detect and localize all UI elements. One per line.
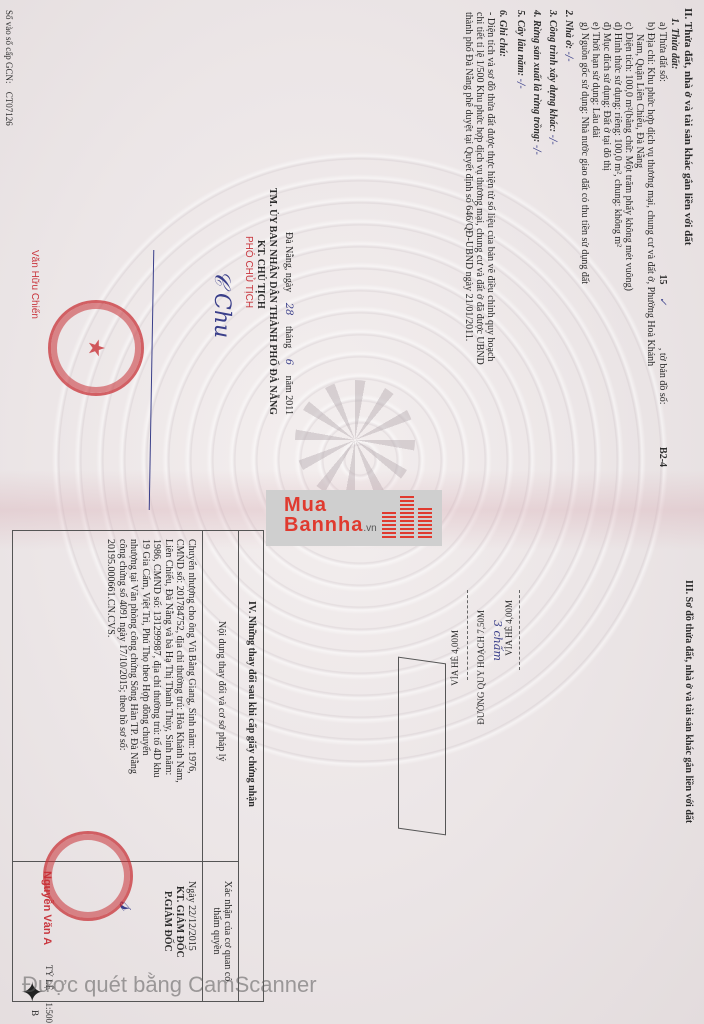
section3-title: III. Sơ đồ thửa đất, nhà ở và tài sản kh… xyxy=(683,580,694,823)
notes-label: 6. Ghi chú: xyxy=(497,10,508,57)
logo-word: Bannha xyxy=(284,514,363,536)
signature-org: TM. ỦY BAN NHÂN DÂN THÀNH PHỐ ĐÀ NẴNG xyxy=(267,188,278,415)
map-sheet-label: , tờ bản đồ số: xyxy=(657,348,668,405)
entry-line: CMND số: 201784752, địa chỉ thường trú: … xyxy=(174,539,186,783)
table-divider xyxy=(202,531,203,1001)
plot-number-label: a) Thửa đất số: xyxy=(657,22,668,82)
trees-label: 5. Cây lâu năm: xyxy=(515,10,526,76)
camscanner-watermark: Được quét bằng CamScanner xyxy=(22,972,317,998)
registry-row: Số vào sổ cấp GCN: CT07126 xyxy=(4,10,14,126)
notes-line2: chi tiết tỉ lệ 1/500 Khu phức hợp dịch v… xyxy=(474,12,485,365)
land-purpose: đ) Mục đích sử dụng: Đất ở tại đô thị xyxy=(601,22,612,171)
building-bars-icon xyxy=(382,496,434,540)
entry-line: nhượng tại Văn phòng công chứng Sông Hàn… xyxy=(128,539,140,783)
house-label: 2. Nhà ở: xyxy=(563,10,574,49)
registry-number: CT07126 xyxy=(4,92,14,126)
table-divider xyxy=(238,531,239,1001)
other-construction-label: 3. Công trình xây dựng khác: xyxy=(547,10,558,132)
trees-value: -/- xyxy=(515,79,526,89)
land-heading: 1. Thửa đất: xyxy=(669,18,680,69)
muabannha-logo: Mua Bannha.vn xyxy=(266,490,442,546)
road-label: ĐƯỜNG QUY HOẠCH 7,50M xyxy=(476,610,486,725)
land-address: b) Địa chỉ: Khu phức hợp dịch vụ thương … xyxy=(645,22,656,366)
city-stamp: ★ xyxy=(48,300,144,396)
house-value: -/- xyxy=(563,51,574,61)
sidewalk-top: VỈA HÈ 4,00M xyxy=(504,600,514,656)
confirm-role2: P.GIÁM ĐỐC xyxy=(162,891,173,952)
house-row: 2. Nhà ở: -/- xyxy=(563,10,574,62)
entry-line: 20195.000661.CN.CVS. xyxy=(105,539,117,783)
handwritten-initial: ✓ xyxy=(657,297,668,305)
changes-table: IV. Những thay đổi sau khi cấp giấy chứn… xyxy=(12,530,264,1002)
change-entry: Chuyển nhượng cho ông Vũ Bằng Giang, Sin… xyxy=(105,539,197,783)
date-year: năm 2011 xyxy=(283,376,294,415)
logo-line2: Bannha.vn xyxy=(284,514,377,537)
section2-title: II. Thửa đất, nhà ở và tài sản khác gắn … xyxy=(682,8,694,245)
col-header-confirm: Xác nhận của cơ quan có thẩm quyền xyxy=(211,876,233,986)
entry-line: Chuyển nhượng cho ông Vũ Bằng Giang, Sin… xyxy=(186,539,198,783)
forest-row: 4. Rừng sản xuất là rừng trồng: -/- xyxy=(531,10,542,155)
date-month-label: tháng xyxy=(283,326,294,348)
notes-line1: - Diện tích và sơ đồ thửa đất được thực … xyxy=(485,12,496,361)
north-label: B xyxy=(30,1010,40,1016)
land-term: e) Thời hạn sử dụng: Lâu dài xyxy=(590,22,601,138)
sidewalk-dash-bottom xyxy=(467,590,468,680)
ink-line xyxy=(149,250,155,510)
other-construction-value: -/- xyxy=(547,135,558,145)
entry-line: Liên Chiểu, Đà Nẵng và bà Hạ Thị Thanh T… xyxy=(163,539,175,783)
section4-title: IV. Những thay đổi sau khi cấp giấy chứn… xyxy=(246,601,257,807)
signature-role: KT. CHỦ TỊCH xyxy=(255,240,266,309)
land-area: c) Diện tích: 100,0 m²(bằng chữ: Một tră… xyxy=(623,22,634,291)
date-day: 28 xyxy=(283,303,294,316)
date-prefix: Đà Nẵng, ngày xyxy=(283,232,294,292)
confirm-date: Ngày 22/12/2015 xyxy=(186,881,197,951)
scale-value: 1:500 xyxy=(44,1003,54,1024)
logo-suffix: .vn xyxy=(363,523,376,534)
signature-date: Đà Nẵng, ngày 28 tháng 6 năm 2011 xyxy=(283,232,294,415)
sidewalk-bottom: VỈA HÈ 4,00M xyxy=(450,630,460,686)
land-plot-number-row: a) Thửa đất số: 15 ✓ , tờ bản đồ số: B2-… xyxy=(657,22,668,467)
sidewalk-dash-top xyxy=(519,590,520,670)
forest-label: 4. Rừng sản xuất là rừng trồng: xyxy=(531,10,542,142)
land-usage-form: d) Hình thức sử dụng: riêng: 100,0 m², c… xyxy=(612,22,623,247)
forest-value: -/- xyxy=(531,145,542,155)
handwritten-note: 3 chấm xyxy=(491,620,504,661)
confirm-role1: KT. GIÁM ĐỐC xyxy=(174,886,185,958)
registry-label: Số vào sổ cấp GCN: xyxy=(4,10,14,84)
office-stamp xyxy=(43,831,133,921)
date-month: 6 xyxy=(283,359,294,365)
land-origin: g) Nguồn gốc sử dụng: Nhà nước giao đất … xyxy=(579,22,590,284)
land-address-cont: Nam, Quận Liên Chiểu, Đà Nẵng xyxy=(634,34,645,168)
col-header-content: Nội dung thay đổi và cơ sở pháp lý xyxy=(216,621,227,762)
plot-number-value: 15 xyxy=(657,274,668,284)
other-construction-row: 3. Công trình xây dựng khác: -/- xyxy=(547,10,558,145)
signature-subrole: PHÓ CHỦ TỊCH xyxy=(243,236,254,308)
trees-row: 5. Cây lâu năm: -/- xyxy=(515,10,526,89)
entry-line: 1986, CMND số: 131299987, địa chỉ thường… xyxy=(151,539,163,783)
signature-scribble: 𝒞 Chu xyxy=(209,270,234,338)
notes-line3: thành phố Đà Nẵng phê duyệt tại Quyết đị… xyxy=(463,12,474,341)
entry-line: 19 Gia Cẩm, Việt Trì, Phú Thọ theo Hợp đ… xyxy=(140,539,152,783)
signer-name: Văn Hữu Chiến xyxy=(29,250,40,319)
star-icon: ★ xyxy=(83,338,109,358)
map-sheet-value: B2-4 xyxy=(657,447,668,467)
entry-line: công chứng số 4091 ngày 17/10/2015; theo… xyxy=(117,539,129,783)
plot-rectangle xyxy=(398,657,446,836)
